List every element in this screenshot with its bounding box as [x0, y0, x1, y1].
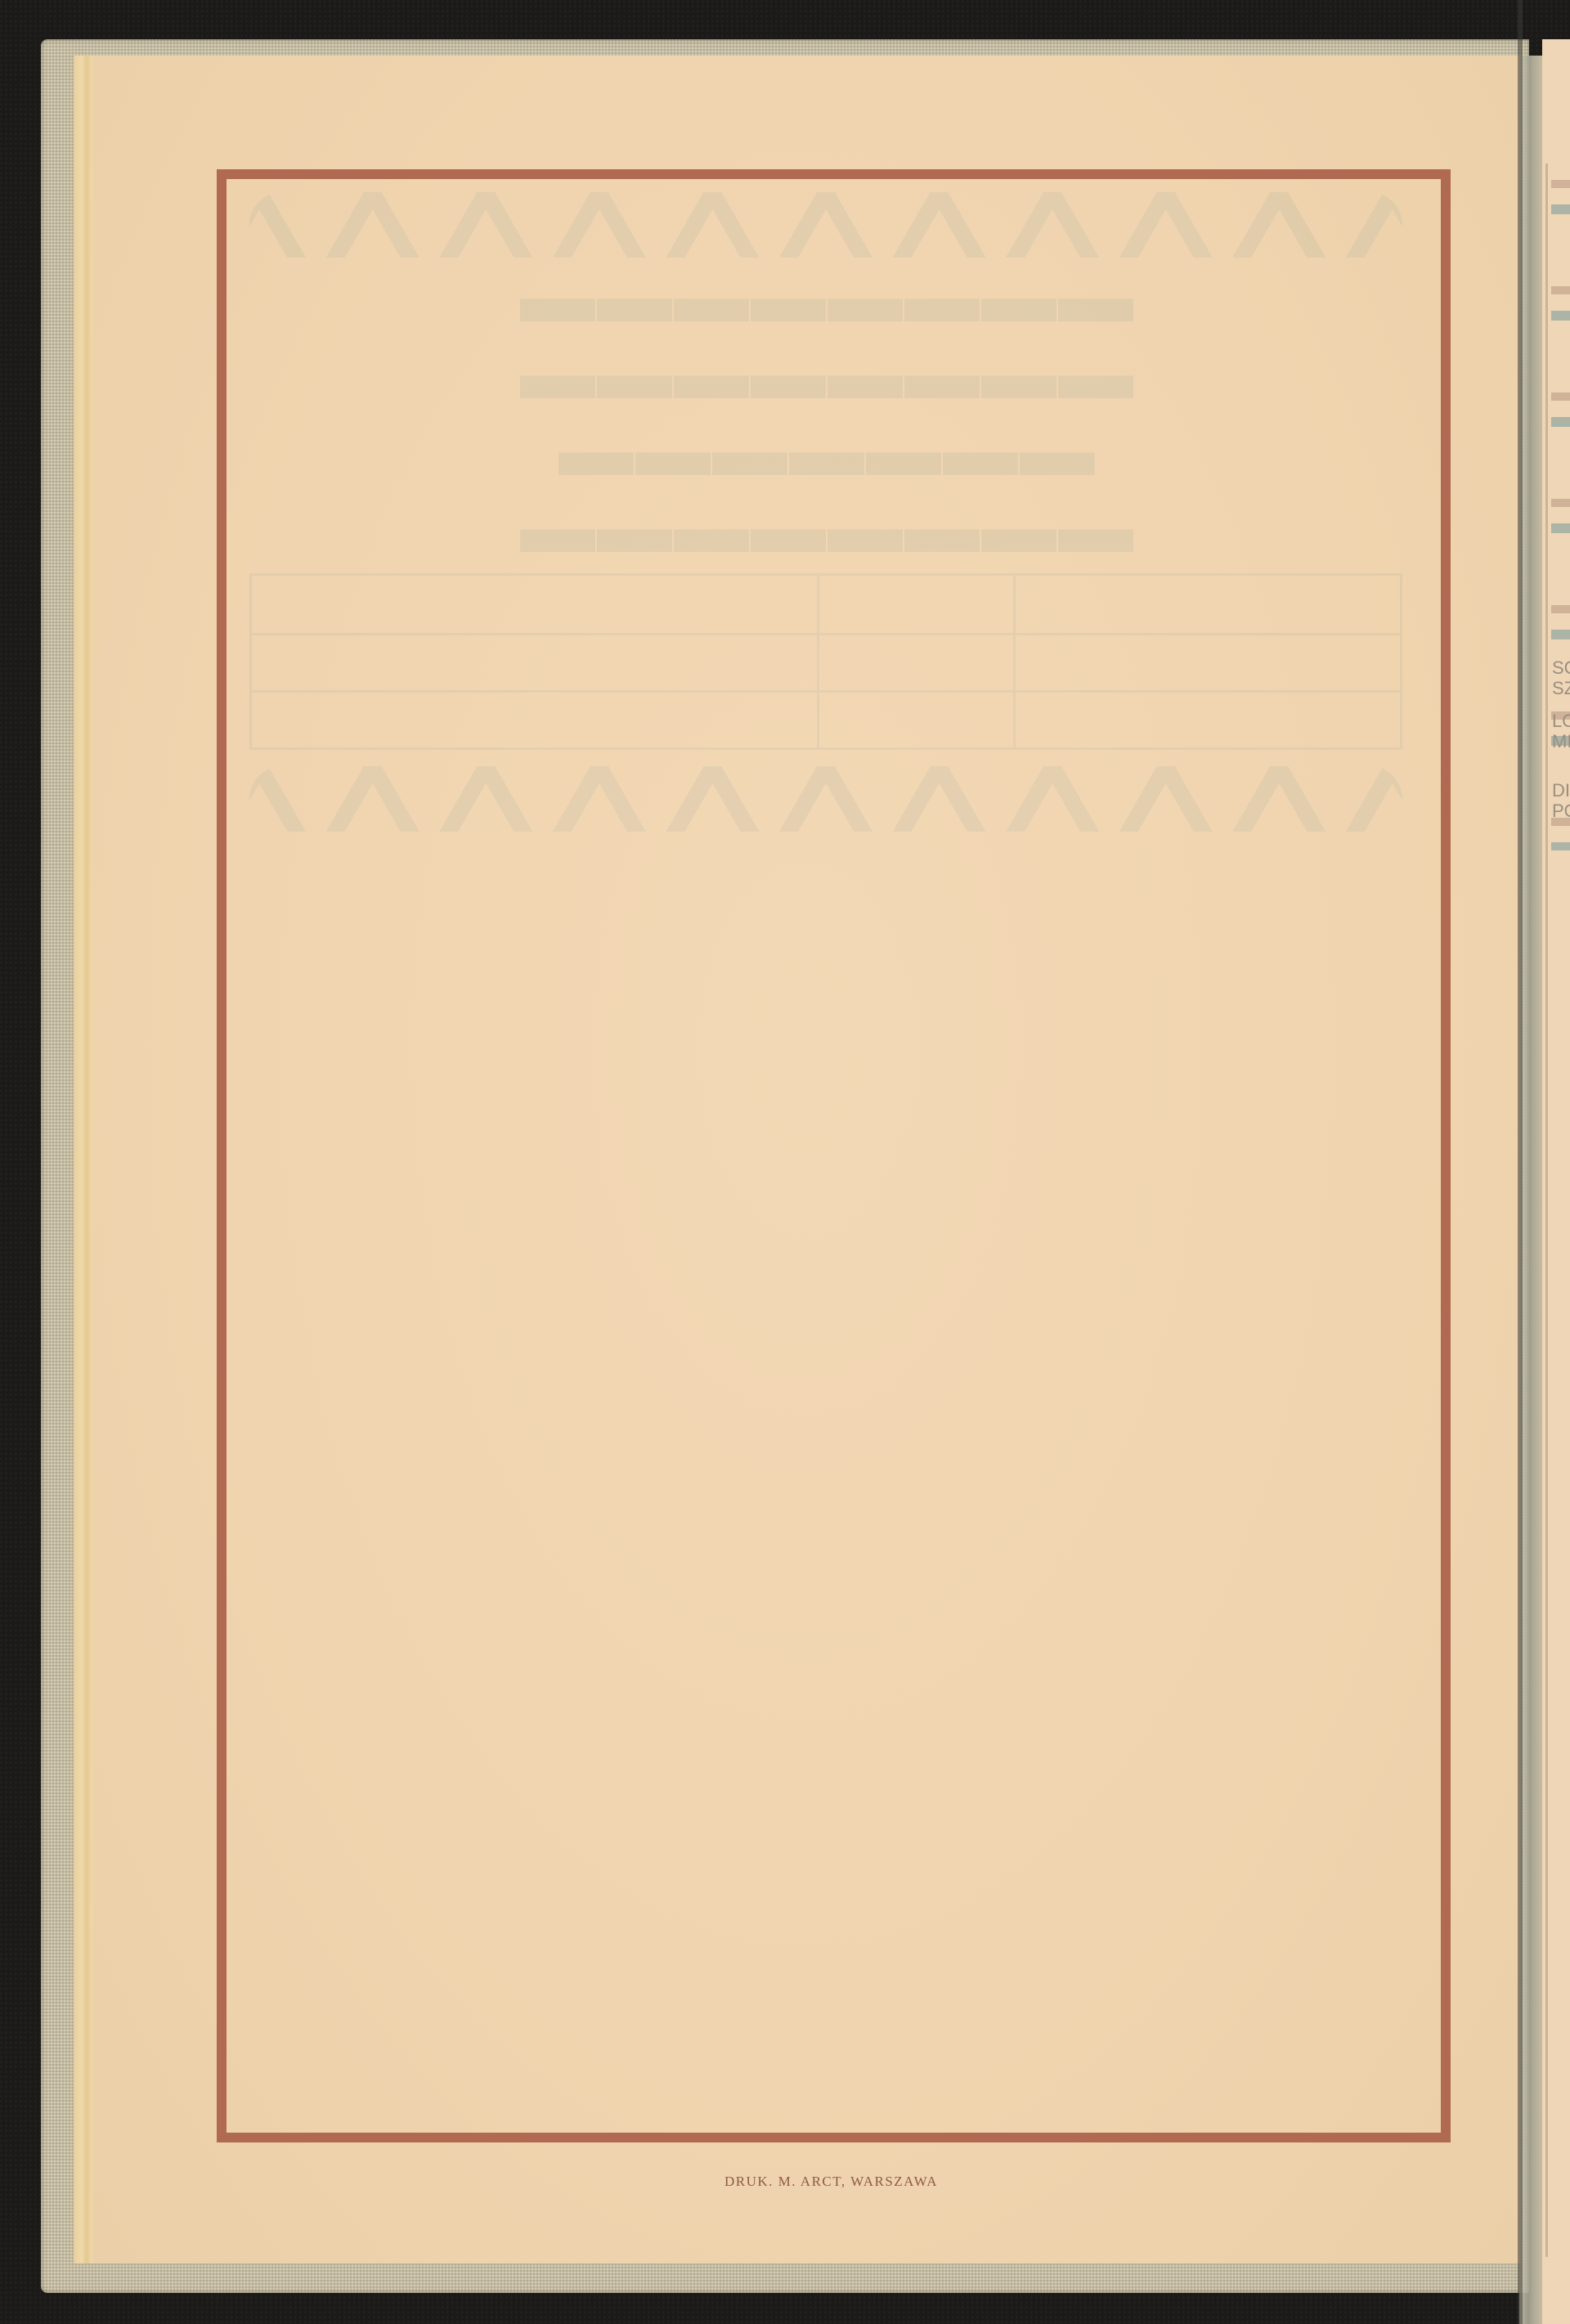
facing-fragment: DIS — [1552, 781, 1570, 801]
book-gutter — [1519, 56, 1542, 2324]
facing-page-rule — [1545, 164, 1548, 2257]
facing-fragment: MI — [1552, 732, 1570, 751]
facing-fragment: SCH — [1552, 658, 1570, 678]
facing-fragment: LO — [1552, 711, 1570, 731]
printer-imprint: DRUK. M. ARCT, WARSZAWA — [0, 2174, 1570, 2190]
facing-fragment: PO — [1552, 801, 1570, 821]
red-rule-frame — [217, 169, 1451, 2142]
facing-fragment: SZH — [1552, 679, 1570, 698]
gutter-shadow — [1518, 0, 1523, 2324]
